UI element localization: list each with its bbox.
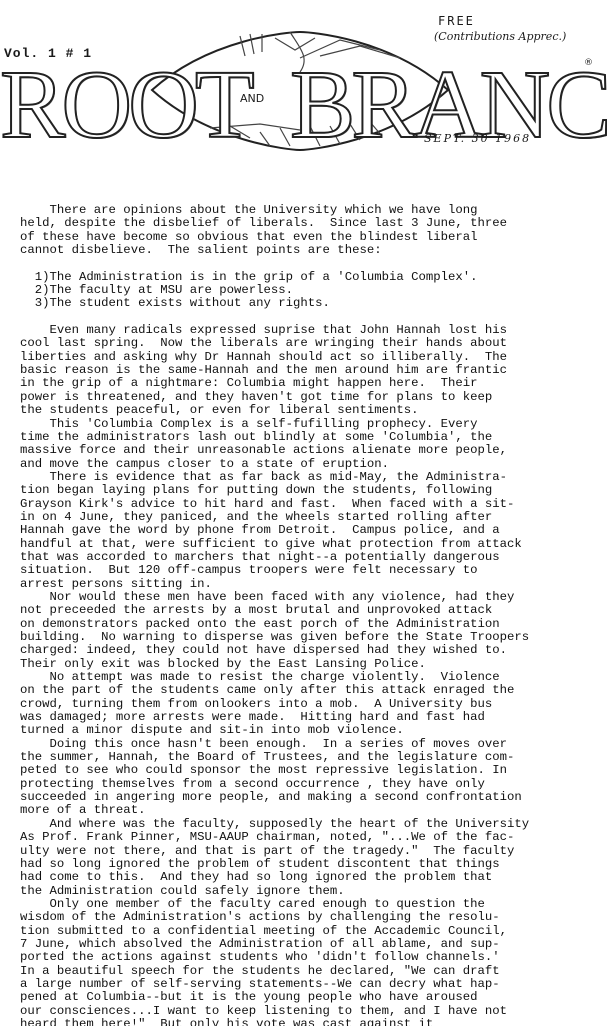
article-line: And where was the faculty, supposedly th…	[20, 818, 600, 831]
article-line: Even many radicals expressed suprise tha…	[20, 324, 600, 337]
article-line: building. No warning to disperse was giv…	[20, 631, 600, 644]
article-line: a large number of self-serving statement…	[20, 978, 600, 991]
price-label: FREE	[438, 14, 475, 28]
article-line: ulty were not there, and that is part of…	[20, 845, 600, 858]
registered-mark: ®	[584, 58, 593, 68]
article-line: Nor would these men have been faced with…	[20, 591, 600, 604]
article-line: the Administration could safely ignore t…	[20, 885, 600, 898]
article-line: Grayson Kirk's advice to hit hard and fa…	[20, 498, 600, 511]
article-line: 1)The Administration is in the grip of a…	[20, 271, 600, 284]
article-line: tion began laying plans for putting down…	[20, 484, 600, 497]
article-line: the students peaceful, or even for liber…	[20, 404, 600, 417]
article-line: handful at that, were sufficient to give…	[20, 538, 600, 551]
article-line: 7 June, which absolved the Administratio…	[20, 938, 600, 951]
article-line: on demonstrators packed onto the east po…	[20, 618, 600, 631]
article-line: in the grip of a nightmare: Columbia mig…	[20, 377, 600, 390]
article-line: ported the actions against students who …	[20, 951, 600, 964]
article-line: time the administrators lash out blindly…	[20, 431, 600, 444]
article-line: held, despite the disbelief of liberals.…	[20, 217, 600, 230]
contributions-note: (Contributions Apprec.)	[434, 30, 566, 43]
article-line: cool last spring. Now the liberals are w…	[20, 337, 600, 350]
article-line: on the part of the students came only af…	[20, 684, 600, 697]
article-line: crowd, turning them from onlookers into …	[20, 698, 600, 711]
title-root: ROOT	[0, 60, 251, 150]
article-line: tion submitted to a confidential meeting…	[20, 925, 600, 938]
article-line: had so long ignored the problem of stude…	[20, 858, 600, 871]
masthead: Vol. 1 # 1 FREE (Contributions Apprec.) …	[0, 0, 607, 200]
article-line: more of a threat.	[20, 804, 600, 817]
article-line: wisdom of the Administration's actions b…	[20, 911, 600, 924]
article-line: the summer, Hannah, the Board of Trustee…	[20, 751, 600, 764]
article-line	[20, 257, 600, 270]
article-line: There is evidence that as far back as mi…	[20, 471, 600, 484]
article-line: situation. But 120 off-campus troopers w…	[20, 564, 600, 577]
article-line: There are opinions about the University …	[20, 204, 600, 217]
article-line: peted to see who could sponsor the most …	[20, 764, 600, 777]
article-line: basic reason is the same-Hannah and the …	[20, 364, 600, 377]
article-line: in on 4 June, they paniced, and the whee…	[20, 511, 600, 524]
article-line: power is threatened, and they haven't go…	[20, 391, 600, 404]
article-line: turned a minor dispute and sit-in into m…	[20, 724, 600, 737]
article-line: was damaged; more arrests were made. Hit…	[20, 711, 600, 724]
article-line: No attempt was made to resist the charge…	[20, 671, 600, 684]
article-line: had come to this. And they had so long i…	[20, 871, 600, 884]
article-line: Their only exit was blocked by the East …	[20, 658, 600, 671]
article-line: not preceeded the arrests by a most brut…	[20, 604, 600, 617]
article-line: 3)The student exists without any rights.	[20, 297, 600, 310]
article-line: pened at Columbia--but it is the young p…	[20, 991, 600, 1004]
article-line: This 'Columbia Complex is a self-fufilli…	[20, 418, 600, 431]
title-and: AND	[240, 92, 264, 105]
article-line	[20, 311, 600, 324]
article-line: Doing this once hasn't been enough. In a…	[20, 738, 600, 751]
article-line: In a beautiful speech for the students h…	[20, 965, 600, 978]
article-line: protecting themselves from a second occu…	[20, 778, 600, 791]
article-line: that was accorded to marchers that night…	[20, 551, 600, 564]
article-line: 2)The faculty at MSU are powerless.	[20, 284, 600, 297]
article-line: of these have become so obvious that eve…	[20, 231, 600, 244]
article-line: liberties and asking why Dr Hannah shoul…	[20, 351, 600, 364]
article-line: massive force and their unreasonable act…	[20, 444, 600, 457]
article-line: heard them here!" But only his vote was …	[20, 1018, 600, 1026]
article-line: As Prof. Frank Pinner, MSU-AAUP chairman…	[20, 831, 600, 844]
article-line: succeeded in angering more people, and m…	[20, 791, 600, 804]
article-line: arrest persons sitting in.	[20, 578, 600, 591]
article-line: Only one member of the faculty cared eno…	[20, 898, 600, 911]
article-line: and move the campus closer to a state of…	[20, 458, 600, 471]
article-line: Hannah gave the word by phone from Detro…	[20, 524, 600, 537]
article-line: charged: indeed, they could not have dis…	[20, 644, 600, 657]
article-line: cannot disbelieve. The salient points ar…	[20, 244, 600, 257]
article-line: our consciences...I want to keep listeni…	[20, 1005, 600, 1018]
issue-date: SEPT. 30 1968	[424, 132, 531, 145]
article-body: There are opinions about the University …	[20, 204, 600, 1026]
